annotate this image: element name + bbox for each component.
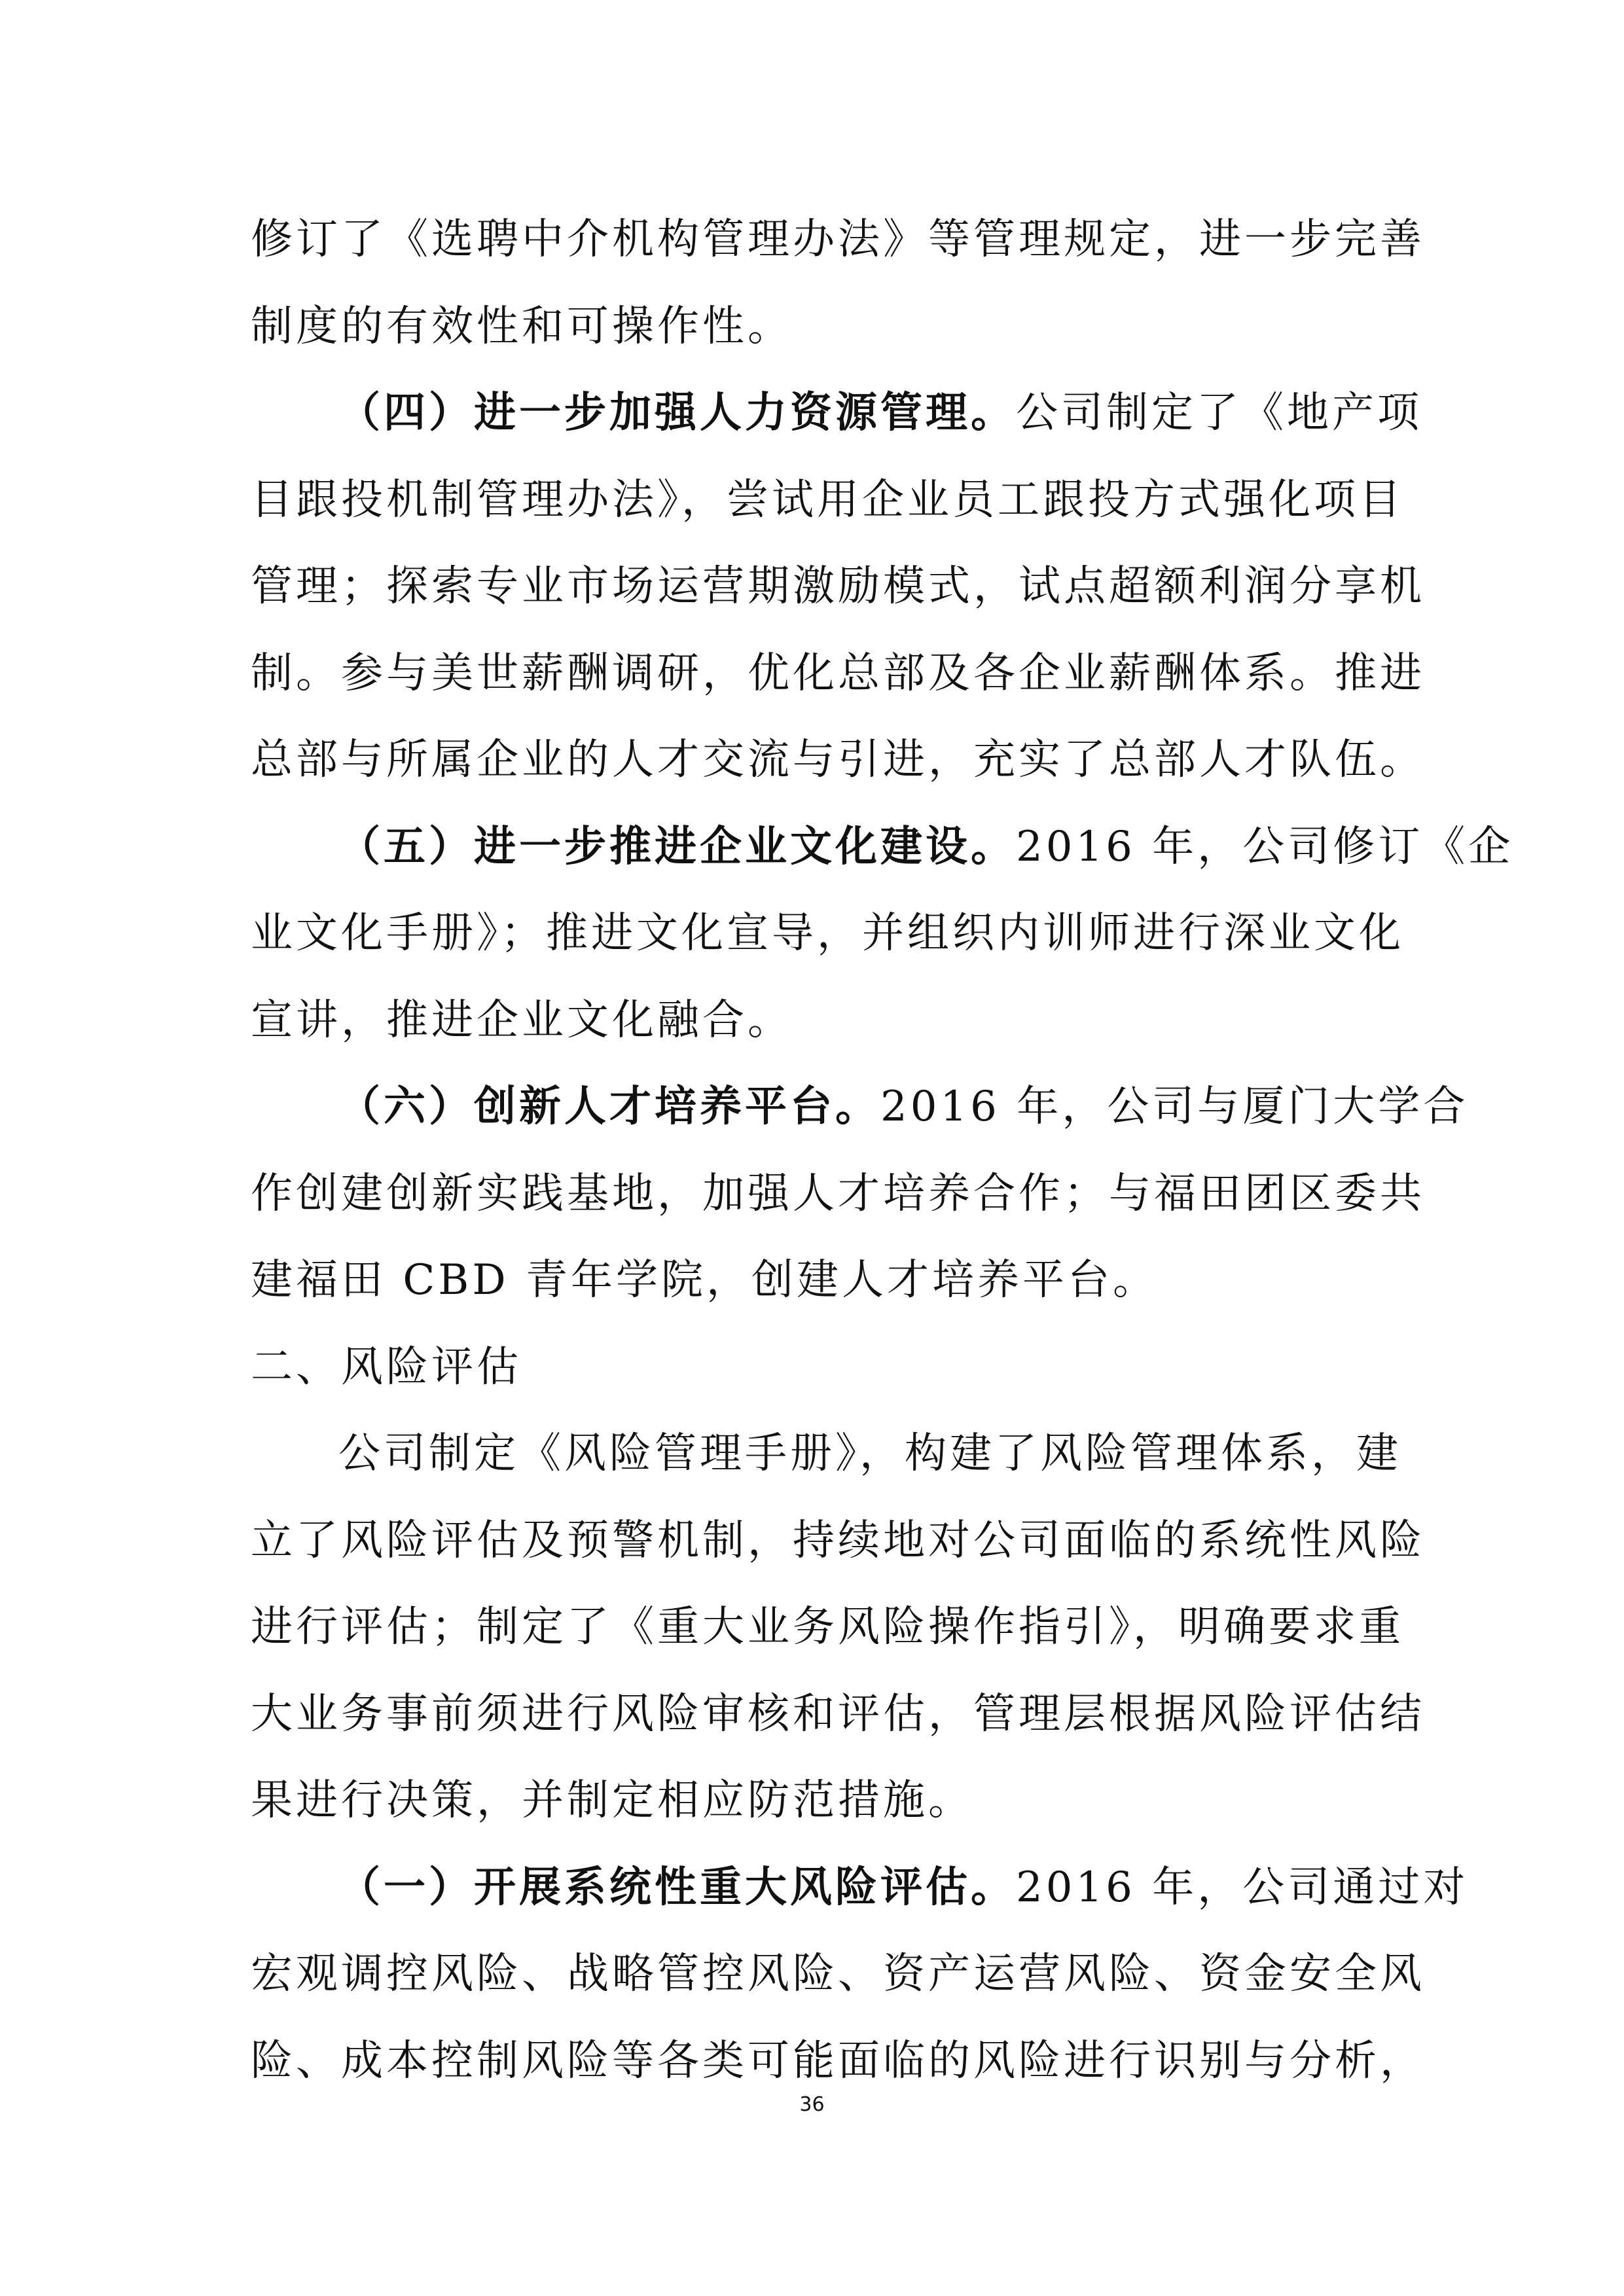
body-text-line: 制。参与美世薪酬调研，优化总部及各企业薪酬体系。推进 xyxy=(251,630,1390,717)
section-lead-heading: （一）开展系统性重大风险评估。 xyxy=(338,1863,1016,1912)
body-text-line: 大业务事前须进行风险审核和评估，管理层根据风险评估结 xyxy=(251,1671,1390,1758)
body-text-line: 险、成本控制风险等各类可能面临的风险进行识别与分析， xyxy=(251,2018,1390,2105)
section-lead-heading: （五）进一步推进企业文化建设。 xyxy=(338,823,1016,871)
body-text-line: 管理；探索专业市场运营期激励模式，试点超额利润分享机 xyxy=(251,543,1390,630)
body-text: 2016 年，公司修订《企 xyxy=(1016,823,1513,871)
body-text-line: 立了风险评估及预警机制，持续地对公司面临的系统性风险 xyxy=(251,1498,1390,1585)
section-paragraph-start: （一）开展系统性重大风险评估。2016 年，公司通过对 xyxy=(251,1844,1390,1931)
document-page: 修订了《选聘中介机构管理办法》等管理规定，进一步完善 制度的有效性和可操作性。 … xyxy=(251,196,1390,2104)
body-text: 2016 年，公司与厦门大学合 xyxy=(880,1083,1468,1131)
section-lead-heading: （六）创新人才培养平台。 xyxy=(338,1083,880,1131)
section-paragraph-start: （五）进一步推进企业文化建设。2016 年，公司修订《企 xyxy=(251,804,1390,891)
body-text-line: 宣讲，推进企业文化融合。 xyxy=(251,977,1390,1064)
body-text-line: 业文化手册》；推进文化宣导，并组织内训师进行深业文化 xyxy=(251,890,1390,977)
body-text-line: 总部与所属企业的人才交流与引进，充实了总部人才队伍。 xyxy=(251,717,1390,804)
body-text-line: 果进行决策，并制定相应防范措施。 xyxy=(251,1757,1390,1844)
body-text-line: 宏观调控风险、战略管控风险、资产运营风险、资金安全风 xyxy=(251,1931,1390,2018)
body-text-line: 制度的有效性和可操作性。 xyxy=(251,283,1390,370)
body-text-line: 作创建创新实践基地，加强人才培养合作；与福田团区委共 xyxy=(251,1151,1390,1238)
body-text: 2016 年，公司通过对 xyxy=(1016,1863,1468,1912)
body-text-line: 修订了《选聘中介机构管理办法》等管理规定，进一步完善 xyxy=(251,196,1390,283)
body-text-line: 建福田 CBD 青年学院，创建人才培养平台。 xyxy=(251,1237,1390,1324)
body-text-line: 目跟投机制管理办法》，尝试用企业员工跟投方式强化项目 xyxy=(251,457,1390,544)
page-number: 36 xyxy=(0,2093,1624,2116)
section-heading: 二、风险评估 xyxy=(251,1324,1390,1411)
body-text: 公司制定了《地产项 xyxy=(1016,389,1422,437)
body-text-line: 公司制定《风险管理手册》，构建了风险管理体系，建 xyxy=(251,1410,1390,1498)
section-lead-heading: （四）进一步加强人力资源管理。 xyxy=(338,389,1016,437)
body-text-line: 进行评估；制定了《重大业务风险操作指引》，明确要求重 xyxy=(251,1584,1390,1671)
section-paragraph-start: （四）进一步加强人力资源管理。公司制定了《地产项 xyxy=(251,370,1390,457)
section-paragraph-start: （六）创新人才培养平台。2016 年，公司与厦门大学合 xyxy=(251,1064,1390,1151)
